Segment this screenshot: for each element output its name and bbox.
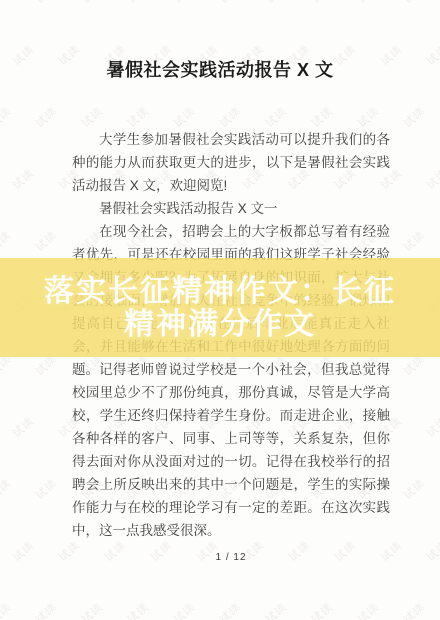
watermark-stamp: 试读 xyxy=(354,103,383,131)
watermark-stamp: 试读 xyxy=(216,103,245,131)
watermark-stamp: 试读 xyxy=(354,0,383,7)
watermark-stamp: 试读 xyxy=(354,599,383,620)
watermark-stamp: 试读 xyxy=(124,0,153,7)
watermark-stamp: 试读 xyxy=(78,103,107,131)
watermark-stamp: 试读 xyxy=(308,599,337,620)
watermark-stamp: 试读 xyxy=(124,103,153,131)
paragraph-intro: 大学生参加暑假社会实践活动可以提升我们的各种的能力从而获取更大的进步，以下是暑假… xyxy=(72,128,390,197)
watermark-stamp: 试读 xyxy=(216,0,245,7)
banner-title-line-2: 精神满分作文 xyxy=(124,308,316,341)
watermark-stamp: 试读 xyxy=(308,103,337,131)
watermark-stamp: 试读 xyxy=(78,0,107,7)
section-heading: 暑假社会实践活动报告 X 文一 xyxy=(72,197,390,220)
watermark-stamp: 试读 xyxy=(0,103,14,131)
watermark-stamp: 试读 xyxy=(0,475,14,503)
watermark-stamp: 试读 xyxy=(308,0,337,7)
watermark-stamp: 试读 xyxy=(78,599,107,620)
watermark-stamp: 试读 xyxy=(9,537,38,565)
watermark-stamp: 试读 xyxy=(400,227,429,255)
watermark-stamp: 试读 xyxy=(170,0,199,7)
banner-title-line-1: 落实长征精神作文：长征 xyxy=(44,275,396,308)
watermark-stamp: 试读 xyxy=(423,165,440,193)
watermark-stamp: 试读 xyxy=(400,0,429,7)
highlight-banner: 落实长征精神作文：长征 精神满分作文 xyxy=(0,258,440,357)
watermark-stamp: 试读 xyxy=(9,165,38,193)
watermark-stamp: 试读 xyxy=(0,599,14,620)
watermark-stamp: 试读 xyxy=(262,599,291,620)
watermark-stamp: 试读 xyxy=(9,413,38,441)
watermark-stamp: 试读 xyxy=(124,599,153,620)
watermark-stamp: 试读 xyxy=(216,599,245,620)
watermark-stamp: 试读 xyxy=(262,0,291,7)
page-number: 1 / 12 xyxy=(72,552,390,563)
watermark-stamp: 试读 xyxy=(32,0,61,7)
watermark-stamp: 试读 xyxy=(400,103,429,131)
watermark-stamp: 试读 xyxy=(32,599,61,620)
watermark-stamp: 试读 xyxy=(262,103,291,131)
watermark-stamp: 试读 xyxy=(32,103,61,131)
document-page: 试读试读试读试读试读试读试读试读试读试读试读试读试读试读试读试读试读试读试读试读… xyxy=(0,0,440,620)
watermark-stamp: 试读 xyxy=(170,103,199,131)
watermark-stamp: 试读 xyxy=(0,227,14,255)
watermark-stamp: 试读 xyxy=(32,475,61,503)
watermark-stamp: 试读 xyxy=(423,537,440,565)
watermark-stamp: 试读 xyxy=(400,475,429,503)
watermark-stamp: 试读 xyxy=(170,599,199,620)
watermark-stamp: 试读 xyxy=(400,599,429,620)
watermark-stamp: 试读 xyxy=(423,413,440,441)
watermark-stamp: 试读 xyxy=(32,227,61,255)
paragraph-body-2: 记得老师曾说过学校是一个小社会，但我总觉得校园里总少不了那份纯真，那份真诚，尽管… xyxy=(72,358,390,542)
document-title: 暑假社会实践活动报告 X 文 xyxy=(0,56,440,82)
watermark-stamp: 试读 xyxy=(0,0,14,7)
